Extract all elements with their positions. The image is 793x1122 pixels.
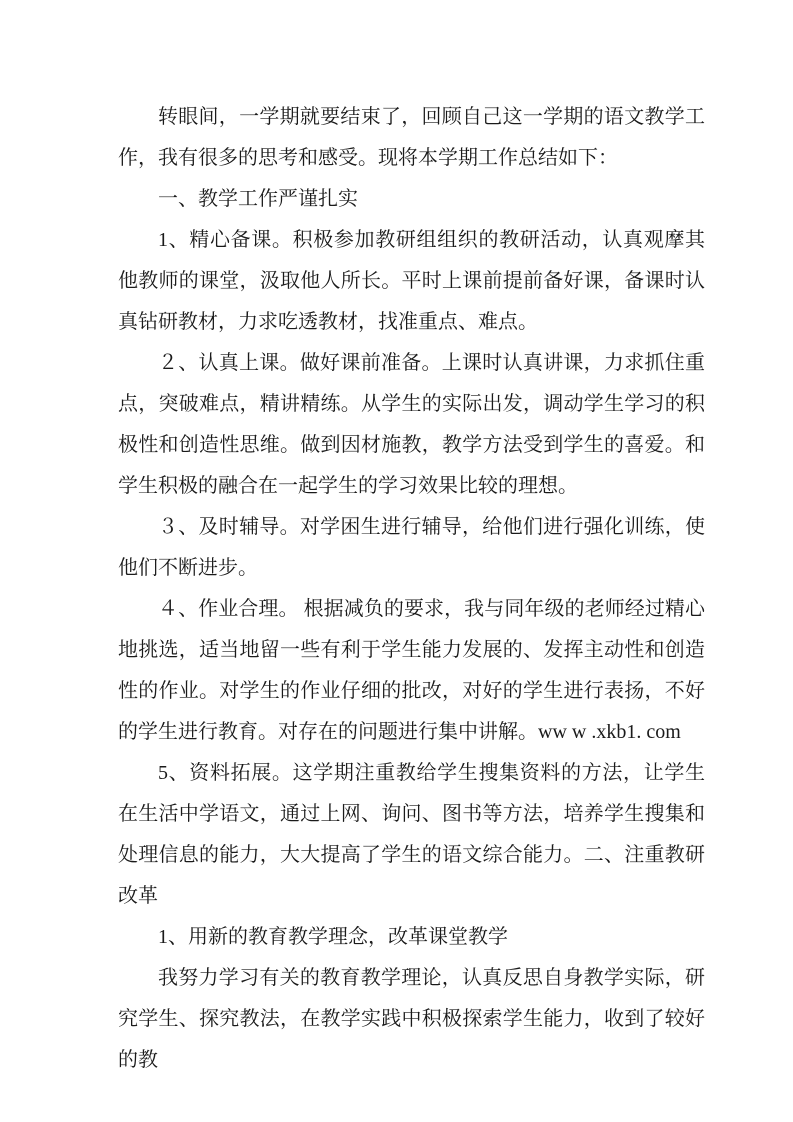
paragraph: 我努力学习有关的教育教学理论，认真反思自身教学实际，研究学生、探究教法，在教学实… bbox=[118, 958, 705, 1081]
document-body: 转眼间，一学期就要结束了，回顾自己这一学期的语文教学工作，我有很多的思考和感受。… bbox=[118, 97, 705, 1081]
paragraph: 一、教学工作严谨扎实 bbox=[118, 179, 705, 220]
paragraph: 5、资料拓展。这学期注重教给学生搜集资料的方法，让学生在生活中学语文，通过上网、… bbox=[118, 753, 705, 917]
paragraph: 1、精心备课。积极参加教研组组织的教研活动，认真观摩其他教师的课堂，汲取他人所长… bbox=[118, 220, 705, 343]
paragraph: ３、及时辅导。对学困生进行辅导，给他们进行强化训练，使他们不断进步。 bbox=[118, 507, 705, 589]
paragraph: ４、作业合理。 根据减负的要求，我与同年级的老师经过精心地挑选，适当地留一些有利… bbox=[118, 589, 705, 753]
paragraph: 转眼间，一学期就要结束了，回顾自己这一学期的语文教学工作，我有很多的思考和感受。… bbox=[118, 97, 705, 179]
paragraph: 1、用新的教育教学理念，改革课堂教学 bbox=[118, 917, 705, 958]
document-page: 转眼间，一学期就要结束了，回顾自己这一学期的语文教学工作，我有很多的思考和感受。… bbox=[0, 0, 793, 1122]
paragraph: ２、认真上课。做好课前准备。上课时认真讲课，力求抓住重点，突破难点，精讲精练。从… bbox=[118, 343, 705, 507]
